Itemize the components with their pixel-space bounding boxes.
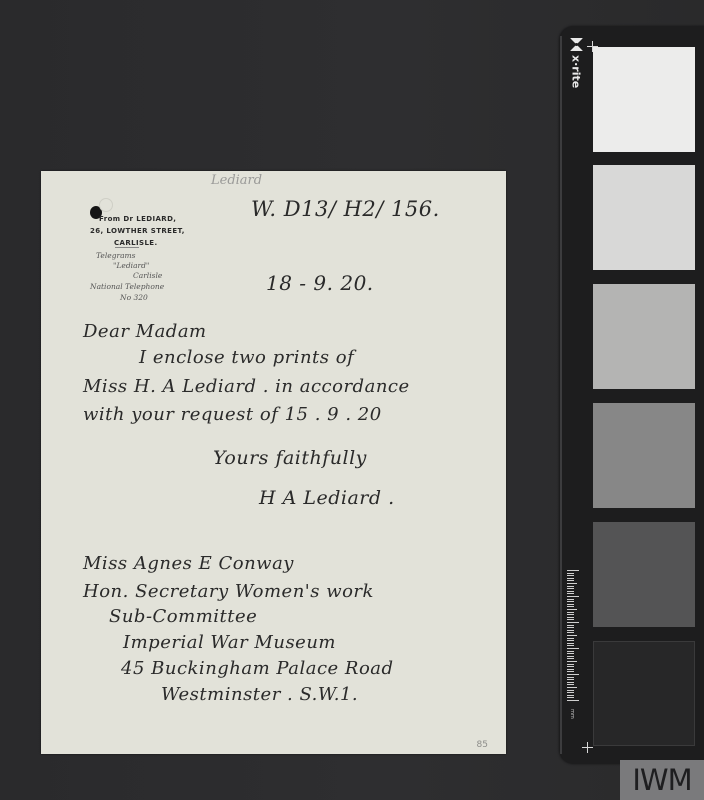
telegrams-value: "Lediard" [113, 261, 149, 270]
ruler-tick [567, 630, 574, 631]
telephone-label: National Telephone [90, 282, 164, 291]
address-line-1: Miss Agnes E Conway [83, 553, 294, 574]
ruler-tick [567, 648, 579, 649]
ruler-tick [567, 606, 574, 607]
address-line-6: Westminster . S.W.1. [161, 684, 358, 705]
ruler-tick [567, 666, 574, 667]
ruler-tick [567, 695, 574, 696]
ruler-tick [567, 671, 574, 672]
ruler-tick [567, 612, 574, 613]
ruler-tick [567, 570, 579, 571]
ruler-tick [567, 604, 574, 605]
ruler-tick [567, 640, 574, 641]
ruler-tick [567, 573, 574, 574]
ruler-tick [567, 679, 574, 680]
pencil-annotation: Lediard [211, 173, 262, 188]
ruler-unit-label: mm [569, 709, 575, 719]
letterhead-rule [115, 247, 139, 248]
ruler-tick [567, 690, 574, 691]
color-calibration-card: x·rite mm [560, 26, 704, 764]
gray-patch-5 [593, 522, 695, 627]
ruler-tick [567, 658, 574, 659]
ruler-tick [567, 609, 577, 610]
body-line-1: I enclose two prints of [139, 347, 354, 368]
ruler-tick [567, 635, 577, 636]
ruler-tick [567, 596, 579, 597]
ruler-tick [567, 578, 574, 579]
gray-patch-3 [593, 284, 695, 389]
ruler-tick [567, 677, 574, 678]
xrite-brand-text: x·rite [570, 55, 583, 88]
ruler-tick [567, 614, 574, 615]
ruler-tick [567, 656, 574, 657]
letterhead-name: From Dr LEDIARD, [99, 215, 176, 223]
reference-number: W. D13/ H2/ 156. [251, 197, 440, 221]
card-edge [560, 36, 562, 754]
ruler-tick [567, 684, 574, 685]
telephone-number: No 320 [120, 293, 148, 302]
ruler-tick [567, 651, 574, 652]
address-line-2: Hon. Secretary Women's work [83, 581, 374, 602]
ruler-tick [567, 682, 574, 683]
ruler-tick [567, 591, 574, 592]
ruler-tick [567, 586, 574, 587]
gray-patch-4 [593, 403, 695, 508]
ruler-tick [567, 588, 574, 589]
xrite-logo-icon [570, 38, 583, 51]
telegrams-city: Carlisle [133, 271, 162, 280]
mm-ruler [567, 570, 581, 700]
ruler-tick [567, 674, 579, 675]
telegrams-label: Telegrams [96, 251, 136, 260]
body-line-3: with your request of 15 . 9 . 20 [83, 404, 382, 425]
ruler-tick [567, 687, 577, 688]
body-line-2: Miss H. A Lediard . in accordance [83, 376, 410, 397]
ruler-tick [567, 625, 574, 626]
ruler-tick [567, 638, 574, 639]
ruler-tick [567, 619, 574, 620]
letter-page: From Dr LEDIARD, 26, LOWTHER STREET, CAR… [41, 171, 506, 754]
ruler-tick [567, 617, 574, 618]
ruler-tick [567, 583, 577, 584]
gray-patch-6 [593, 641, 695, 746]
registration-cross-icon [582, 742, 593, 753]
ruler-tick [567, 643, 574, 644]
ruler-tick [567, 664, 574, 665]
ruler-tick [567, 661, 577, 662]
ruler-tick [567, 697, 574, 698]
xrite-brand: x·rite [566, 38, 586, 88]
ruler-tick [567, 700, 579, 701]
closing: Yours faithfully [213, 447, 367, 469]
letterhead-street: 26, LOWTHER STREET, [90, 227, 185, 235]
ruler-tick [567, 645, 574, 646]
address-line-5: 45 Buckingham Palace Road [121, 658, 394, 679]
ruler-tick [567, 601, 574, 602]
address-line-3: Sub-Committee [109, 606, 257, 627]
address-line-4: Imperial War Museum [123, 632, 336, 653]
ruler-tick [567, 669, 574, 670]
ruler-tick [567, 622, 579, 623]
ruler-tick [567, 653, 574, 654]
gray-patch-1 [593, 47, 695, 152]
punch-hole-mark [99, 198, 113, 212]
ruler-tick [567, 575, 574, 576]
page-number: 85 [477, 740, 488, 750]
ruler-tick [567, 593, 574, 594]
ruler-tick [567, 692, 574, 693]
salutation: Dear Madam [83, 321, 207, 342]
iwm-watermark: IWM [620, 760, 704, 800]
ruler-tick [567, 627, 574, 628]
letter-date: 18 - 9. 20. [266, 271, 374, 295]
ruler-tick [567, 580, 574, 581]
signature: H A Lediard . [259, 487, 395, 509]
letterhead-city: CARLISLE. [114, 239, 158, 247]
ruler-tick [567, 632, 574, 633]
ruler-tick [567, 599, 574, 600]
gray-patch-2 [593, 165, 695, 270]
